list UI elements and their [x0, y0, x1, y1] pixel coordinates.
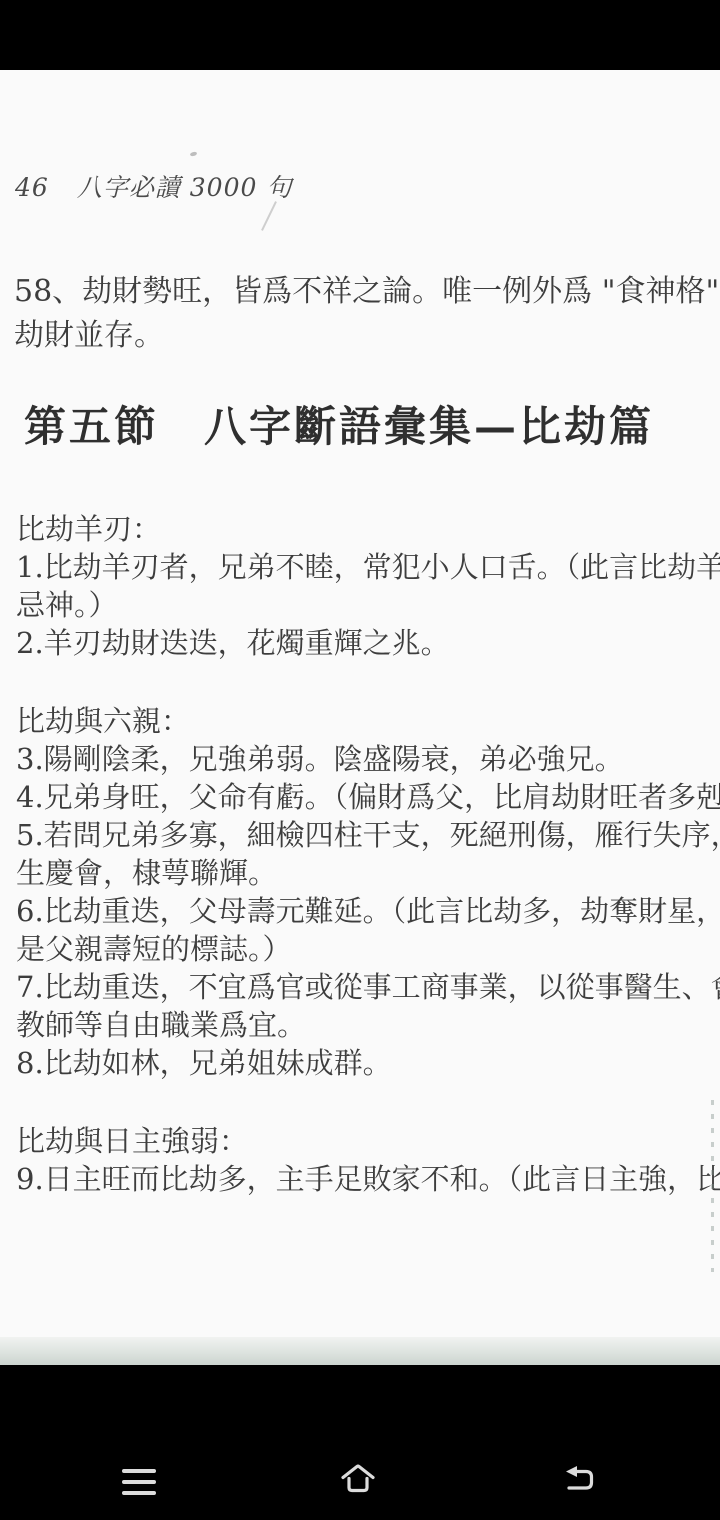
body-line: 4.兄弟身旺，父命有虧。（偏財爲父，比肩劫財旺者多剋父。） [16, 778, 720, 816]
paragraph-line: 58、劫財勢旺，皆爲不祥之論。唯一例外爲 "食神格" 最喜 [14, 270, 720, 314]
recents-button[interactable] [122, 1469, 156, 1496]
scan-edge-artifact [711, 1100, 714, 1272]
body-line: 5.若問兄弟多寡，細檢四柱干支，死絕刑傷，雁行失序，相 [16, 816, 720, 854]
group-bijie-yangren: 比劫羊刃： 1.比劫羊刃者，兄弟不睦，常犯小人口舌。（此言比劫羊刃爲 忌神。） … [16, 510, 720, 662]
running-header: 46八字必讀 3000 句 [15, 168, 292, 204]
body-line: 9.日主旺而比劫多，主手足敗家不和。（此言日主強，比劫多、 [16, 1160, 720, 1198]
body-line: 3.陽剛陰柔，兄強弟弱。陰盛陽衰，弟必強兄。 [16, 740, 720, 778]
back-icon [560, 1462, 598, 1496]
paragraph-line: 劫財並存。 [14, 314, 720, 358]
scan-scratch [261, 201, 277, 231]
scan-speck [190, 151, 198, 157]
body-line: 7.比劫重迭，不宜爲官或從事工商事業，以從事醫生、會計、 [16, 968, 720, 1006]
body-line: 6.比劫重迭，父母壽元難延。（此言比劫多，劫奪財星，一般 [16, 892, 720, 930]
group-bijie-rizhu: 比劫與日主強弱： 9.日主旺而比劫多，主手足敗家不和。（此言日主強，比劫多、 [16, 1122, 720, 1198]
phone-screen: 46八字必讀 3000 句 58、劫財勢旺，皆爲不祥之論。唯一例外爲 "食神格"… [0, 0, 720, 1520]
book-page: 46八字必讀 3000 句 58、劫財勢旺，皆爲不祥之論。唯一例外爲 "食神格"… [0, 70, 720, 1337]
body-line: 忌神。） [16, 586, 720, 624]
body-line: 2.羊刃劫財迭迭，花燭重輝之兆。 [16, 624, 720, 662]
page-number: 46 [15, 173, 49, 202]
android-navbar [0, 1365, 720, 1520]
paragraph-58: 58、劫財勢旺，皆爲不祥之論。唯一例外爲 "食神格" 最喜 劫財並存。 [14, 270, 720, 358]
body-line: 8.比劫如林，兄弟姐妹成群。 [16, 1044, 720, 1082]
page-content: 比劫羊刃： 1.比劫羊刃者，兄弟不睦，常犯小人口舌。（此言比劫羊刃爲 忌神。） … [16, 510, 720, 1198]
book-title: 八字必讀 3000 句 [77, 173, 293, 202]
body-line: 教師等自由職業爲宜。 [16, 1006, 720, 1044]
group-heading: 比劫與日主強弱： [16, 1122, 720, 1160]
body-line: 生慶會，棣萼聯輝。 [16, 854, 720, 892]
group-heading: 比劫羊刃： [16, 510, 720, 548]
group-heading: 比劫與六親： [16, 702, 720, 740]
back-button[interactable] [560, 1462, 598, 1496]
menu-icon [122, 1469, 156, 1496]
body-line: 是父親壽短的標誌。） [16, 930, 720, 968]
page-bottom-shadow [0, 1337, 720, 1365]
home-icon [338, 1462, 378, 1496]
group-bijie-liuqin: 比劫與六親： 3.陽剛陰柔，兄強弟弱。陰盛陽衰，弟必強兄。 4.兄弟身旺，父命有… [16, 702, 720, 1082]
home-button[interactable] [338, 1462, 378, 1496]
section-title: 第五節 八字斷語彙集—比劫篇 [24, 394, 654, 454]
body-line: 1.比劫羊刃者，兄弟不睦，常犯小人口舌。（此言比劫羊刃爲 [16, 548, 720, 586]
